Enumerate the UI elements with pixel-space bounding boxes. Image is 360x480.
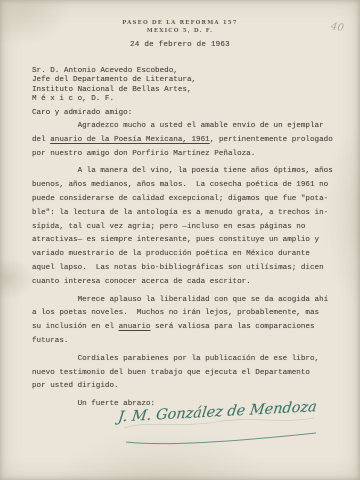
text-segment: Jefe del Departamento de Literatura,: [32, 76, 196, 84]
letter-page: PASEO DE LA REFORMA 157 MEXICO 5, D. F. …: [0, 0, 360, 480]
text-segment: su inclusión en el: [32, 323, 119, 331]
letter-line: buenos, años medianos, años malos. La co…: [32, 181, 346, 195]
text-segment: Merece aplauso la liberalidad con que se…: [32, 296, 328, 304]
letter-line: puede considerarse de calidad excepciona…: [32, 195, 346, 209]
text-segment: del: [32, 136, 50, 144]
text-segment: puede considerarse de calidad excepciona…: [32, 195, 328, 203]
letter-line: del anuario de la Poesía Mexicana, 1961,…: [32, 136, 346, 150]
text-segment: por usted dirigido.: [32, 382, 119, 390]
text-segment: aquel lapso. Las notas bio-bibliográfica…: [32, 264, 324, 272]
text-segment: variado muestrario de la producción poét…: [32, 250, 310, 258]
text-segment: Sr. D. Antonio Acevedo Escobedo,: [32, 67, 178, 75]
text-segment: buenos, años medianos, años malos. La co…: [32, 181, 328, 189]
letterhead-address: PASEO DE LA REFORMA 157: [0, 20, 360, 28]
letter-line: Jefe del Departamento de Literatura,: [32, 76, 196, 85]
text-segment: Instituto Nacional de Bellas Artes,: [32, 86, 192, 94]
text-segment: futuras.: [32, 337, 68, 345]
letter-line: A la manera del vino, la poesía tiene añ…: [32, 167, 346, 181]
letter-line: a los poetas noveles. Muchos no irán lej…: [32, 309, 346, 323]
text-segment: sípida, tal cual vez agria; pero —inclus…: [32, 223, 305, 231]
signature-flourish: [120, 398, 320, 450]
letter-line: por nuestro amigo don Porfirio Martínez …: [32, 150, 346, 164]
letter-line: ble": la lectura de la antología es a me…: [32, 209, 346, 223]
underlined-text: anuario: [119, 323, 151, 331]
salutation: Caro y admirado amigo:: [32, 109, 132, 117]
letter-line: su inclusión en el anuario será valiosa …: [32, 323, 346, 337]
text-segment: a los poetas noveles. Muchos no irán lej…: [32, 309, 319, 317]
letter-paragraph: Agradezco mucho a usted el amable envío …: [32, 122, 346, 163]
letterhead: PASEO DE LA REFORMA 157 MEXICO 5, D. F.: [0, 20, 360, 35]
letter-line: Cordiales parabienes por la publicación …: [32, 355, 346, 369]
letter-line: variado muestrario de la producción poét…: [32, 250, 346, 264]
pencil-page-number: 40: [330, 21, 344, 34]
letter-line: futuras.: [32, 337, 346, 351]
letter-line: sípida, tal cual vez agria; pero —inclus…: [32, 223, 346, 237]
letter-body: Agradezco mucho a usted el amable envío …: [32, 122, 346, 414]
text-segment: Cordiales parabienes por la publicación …: [32, 355, 319, 363]
date-line: 24 de febrero de 1963: [0, 41, 360, 49]
letter-line: nuevo testimonio del buen trabajo que ej…: [32, 369, 346, 383]
text-segment: ble": la lectura de la antología es a me…: [32, 209, 328, 217]
text-segment: por nuestro amigo don Porfirio Martínez …: [32, 150, 255, 158]
letter-line: cuanto interesa conocer acerca de cada e…: [32, 278, 346, 292]
letter-line: Sr. D. Antonio Acevedo Escobedo,: [32, 67, 196, 76]
text-segment: atractivas— es siempre interesante, pues…: [32, 236, 319, 244]
text-segment: nuevo testimonio del buen trabajo que ej…: [32, 369, 310, 377]
letter-line: aquel lapso. Las notas bio-bibliográfica…: [32, 264, 346, 278]
letter-paragraph: A la manera del vino, la poesía tiene añ…: [32, 167, 346, 291]
letter-line: por usted dirigido.: [32, 382, 346, 396]
text-segment: , pertinentemente prologado: [210, 136, 333, 144]
text-segment: A la manera del vino, la poesía tiene añ…: [32, 167, 333, 175]
letterhead-city: MEXICO 5, D. F.: [0, 28, 360, 36]
text-segment: Agradezco mucho a usted el amable envío …: [32, 122, 324, 130]
letter-paragraph: Merece aplauso la liberalidad con que se…: [32, 296, 346, 351]
underlined-text: anuario de la Poesía Mexicana, 1961: [50, 136, 210, 144]
text-segment: M é x i c o, D. F.: [32, 95, 114, 103]
text-segment: cuanto interesa conocer acerca de cada e…: [32, 278, 251, 286]
letter-line: M é x i c o, D. F.: [32, 95, 196, 104]
letter-line: Agradezco mucho a usted el amable envío …: [32, 122, 346, 136]
letter-line: atractivas— es siempre interesante, pues…: [32, 236, 346, 250]
recipient-block: Sr. D. Antonio Acevedo Escobedo,Jefe del…: [32, 67, 196, 104]
letter-paragraph: Cordiales parabienes por la publicación …: [32, 355, 346, 396]
letter-line: Instituto Nacional de Bellas Artes,: [32, 86, 196, 95]
letter-line: Merece aplauso la liberalidad con que se…: [32, 296, 346, 310]
text-segment: será valiosa para las comparaciones: [151, 323, 315, 331]
